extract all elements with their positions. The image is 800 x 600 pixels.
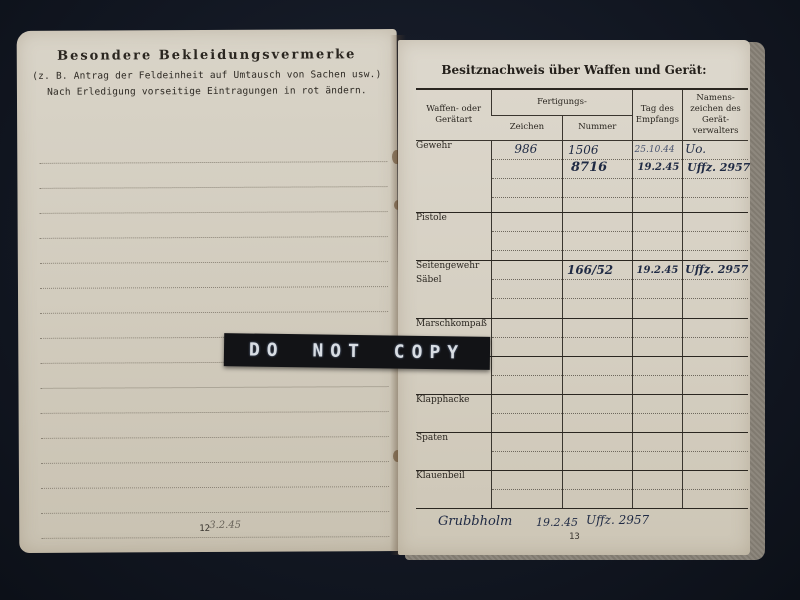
date-value-2: 19.2.45 (638, 162, 680, 173)
table-row-gewehr: Gewehr 986 1506 8716 25.10.44 19.2.45 Uo… (416, 141, 748, 213)
left-page-stamp: 3.2.45 (209, 520, 241, 531)
row-label: Klauenbeil (416, 471, 492, 509)
header-signature: Namens- zeichen des Gerät- verwalters (683, 89, 748, 141)
watermark-text: DO NOT COPY (249, 339, 465, 363)
row-label: Gewehr (416, 141, 492, 213)
right-page-title: Besitznachweis über Waffen und Gerät: (398, 63, 750, 77)
table-row-seitengewehr: Seitengewehr Säbel 166/52 19.2.45 Uffz. … (416, 261, 748, 319)
header-date: Tag des Empfangs (632, 89, 683, 141)
number-value-2: 8716 (571, 160, 607, 175)
date-value: 25.10.44 (635, 145, 675, 155)
table-row-pistole: Pistole (416, 213, 748, 261)
header-manufacture: Fertigungs- (492, 89, 632, 115)
soldbuch-open-spread: Besondere Bekleidungsvermerke (z. B. Ant… (0, 0, 800, 600)
row-label: Pistole (416, 213, 492, 261)
table-row-spaten: Spaten (416, 433, 748, 471)
table-row-klauenbeil: Klauenbeil (416, 471, 748, 509)
number-value: 166/52 (567, 263, 613, 277)
table-row-klapphacke: Klapphacke (416, 395, 748, 433)
right-page-number: 13 (569, 532, 580, 542)
header-number: Nummer (562, 115, 632, 140)
row-label: Seitengewehr Säbel (416, 261, 492, 319)
row-label-line1: Seitengewehr (416, 261, 491, 271)
signature-value: Uo. (685, 142, 706, 156)
right-page: Besitznachweis über Waffen und Gerät: Wa… (398, 40, 750, 555)
left-page-subtitle-2: Nach Erledigung vorseitige Eintragungen … (17, 85, 397, 98)
weapons-equipment-table: Waffen- oder Gerätart Fertigungs- Tag de… (416, 88, 748, 509)
left-page: Besondere Bekleidungsvermerke (z. B. Ant… (17, 29, 400, 553)
signature-value: Uffz. 2957 (685, 263, 748, 276)
header-mark: Zeichen (492, 115, 563, 140)
footer-date: 19.2.45 (536, 516, 578, 529)
row-label-line2: Säbel (416, 275, 491, 285)
row-label: Spaten (416, 433, 492, 471)
number-value: 1506 (568, 143, 599, 157)
footer-signature: Grubbholm (438, 514, 512, 529)
row-label: Klapphacke (416, 395, 492, 433)
left-page-subtitle-1: (z. B. Antrag der Feldeinheit auf Umtaus… (17, 69, 397, 82)
left-page-title: Besondere Bekleidungsvermerke (17, 47, 397, 64)
mark-value: 986 (514, 142, 537, 156)
do-not-copy-label: DO NOT COPY (224, 333, 490, 370)
signature-value-2: Uffz. 2957 (687, 161, 750, 174)
date-value: 19.2.45 (637, 265, 679, 276)
header-type: Waffen- oder Gerätart (416, 89, 492, 141)
footer-rank-number: Uffz. 2957 (586, 513, 649, 527)
